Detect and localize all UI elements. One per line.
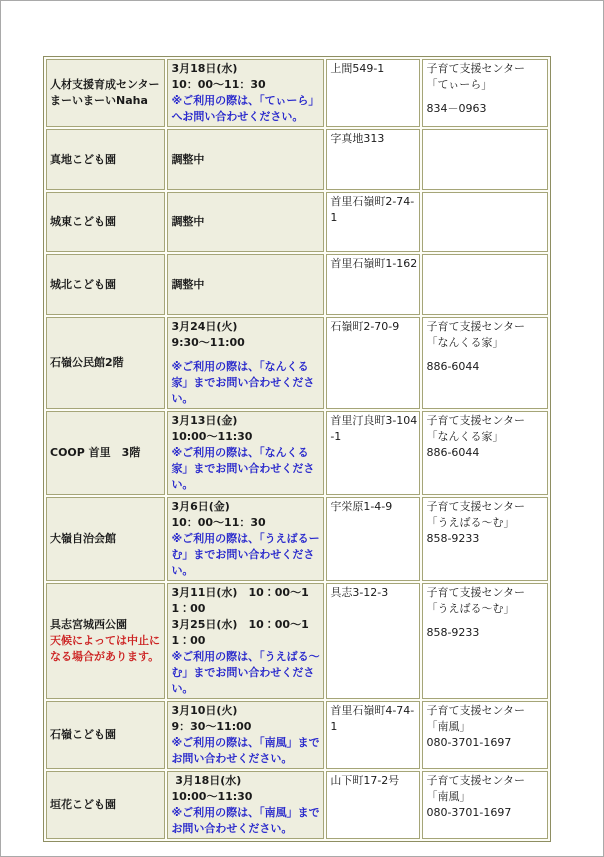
venue-name: 大嶺自治会館 [50, 531, 162, 547]
venue-cell: 垣花こども園 [46, 771, 165, 839]
address-cell: 具志3-12-3 [326, 583, 420, 699]
schedule-datetime: 9:30～11:00 [171, 335, 321, 351]
table-row-9: 石嶺こども園 3月10日(火)9：30～11:00※ご利用の際は、「南風」までお… [46, 701, 548, 769]
venue-name: 石嶺公民館2階 [50, 355, 162, 371]
table-row-8: 具志宮城西公園天候によっては中止になる場合があります。 3月11日(水) 10：… [46, 583, 548, 699]
schedule-cell: 3月24日(火)9:30～11:00※ご利用の際は、「なんくる家」までお問い合わ… [167, 317, 324, 409]
blank-line [426, 351, 545, 359]
venue-name: 城東こども園 [50, 214, 162, 230]
contact-cell [422, 129, 548, 190]
schedule-datetime: 3月25日(水) 10：00～11：00 [171, 617, 321, 649]
venue-cell: 具志宮城西公園天候によっては中止になる場合があります。 [46, 583, 165, 699]
venue-name: まーいまーいNaha [50, 93, 162, 109]
address-cell: 宇栄原1-4-9 [326, 497, 420, 581]
contact-cell: 子育て支援センター「なんくる家」886-6044 [422, 317, 548, 409]
contact-line: 「うえばる～む」 [426, 601, 545, 617]
contact-cell: 子育て支援センター「うえばる～む」858-9233 [422, 497, 548, 581]
schedule-datetime: 調整中 [171, 277, 321, 293]
contact-line: 080-3701-1697 [426, 805, 545, 821]
table-row-4: 城北こども園 調整中 首里石嶺町1-162 [46, 254, 548, 315]
contact-line: 「うえばる～む」 [426, 515, 545, 531]
address-text: 首里石嶺町1-162 [330, 256, 417, 272]
schedule-datetime: 3月13日(金) [171, 413, 321, 429]
table-row-1: 人材支援育成センターまーいまーいNaha 3月18日(水)10：00～11：30… [46, 59, 548, 127]
schedule-cell: 3月11日(水) 10：00～11：003月25日(水) 10：00～11：00… [167, 583, 324, 699]
address-cell: 山下町17-2号 [326, 771, 420, 839]
schedule-datetime: 3月6日(金) [171, 499, 321, 515]
contact-line: 子育て支援センター [426, 499, 545, 515]
schedule-datetime: 10:00～11:30 [171, 429, 321, 445]
schedule-table: 人材支援育成センターまーいまーいNaha 3月18日(水)10：00～11：30… [43, 56, 551, 842]
contact-line: 子育て支援センター [426, 413, 545, 429]
address-cell: 上間549-1 [326, 59, 420, 127]
contact-line: 子育て支援センター「南風」 [426, 773, 545, 805]
venue-name: 城北こども園 [50, 277, 162, 293]
schedule-datetime: 調整中 [171, 214, 321, 230]
address-cell: 首里汀良町3-104-1 [326, 411, 420, 495]
schedule-table-body: 人材支援育成センターまーいまーいNaha 3月18日(水)10：00～11：30… [46, 59, 548, 839]
schedule-note: ※ご利用の際は、「てぃーら」へお問い合わせください。 [171, 93, 321, 125]
contact-line: 858-9233 [426, 625, 545, 641]
address-cell: 字真地313 [326, 129, 420, 190]
schedule-cell: 調整中 [167, 129, 324, 190]
schedule-cell: 3月18日(水)10：00～11：30※ご利用の際は、「てぃーら」へお問い合わせ… [167, 59, 324, 127]
contact-cell [422, 192, 548, 252]
schedule-note: ※ご利用の際は、「南風」までお問い合わせください。 [171, 805, 321, 837]
contact-line: 子育て支援センター [426, 585, 545, 601]
venue-cell: 真地こども園 [46, 129, 165, 190]
schedule-datetime: 3月24日(火) [171, 319, 321, 335]
venue-warning: 天候によっては中止になる場合があります。 [50, 633, 162, 665]
contact-cell: 子育て支援センター「てぃーら」834－0963 [422, 59, 548, 127]
schedule-cell: 3月10日(火)9：30～11:00※ご利用の際は、「南風」までお問い合わせくだ… [167, 701, 324, 769]
venue-cell: 城東こども園 [46, 192, 165, 252]
address-text: 上間549-1 [330, 61, 417, 77]
venue-name: 真地こども園 [50, 152, 162, 168]
schedule-datetime: 3月18日(水) [171, 773, 321, 789]
venue-cell: 人材支援育成センターまーいまーいNaha [46, 59, 165, 127]
address-cell: 首里石嶺町1-162 [326, 254, 420, 315]
address-text: 首里汀良町3-104-1 [330, 413, 417, 445]
address-text: 首里石嶺町2-74-1 [330, 194, 417, 226]
blank-line [426, 93, 545, 101]
blank-line [426, 617, 545, 625]
schedule-cell: 調整中 [167, 192, 324, 252]
contact-line: 858-9233 [426, 531, 545, 547]
venue-cell: 大嶺自治会館 [46, 497, 165, 581]
contact-cell: 子育て支援センター「うえばる～む」858-9233 [422, 583, 548, 699]
contact-line: 834－0963 [426, 101, 545, 117]
address-text: 具志3-12-3 [330, 585, 417, 601]
contact-line: 「なんくる家」 [426, 429, 545, 445]
table-row-5: 石嶺公民館2階 3月24日(火)9:30～11:00※ご利用の際は、「なんくる家… [46, 317, 548, 409]
venue-cell: 石嶺公民館2階 [46, 317, 165, 409]
venue-name: 人材支援育成センター [50, 77, 162, 93]
contact-cell: 子育て支援センター「南風」080-3701-1697 [422, 701, 548, 769]
address-text: 宇栄原1-4-9 [330, 499, 417, 515]
contact-line: 子育て支援センター「南風」 [426, 703, 545, 735]
address-text: 山下町17-2号 [330, 773, 417, 789]
schedule-note: ※ご利用の際は、「南風」までお問い合わせください。 [171, 735, 321, 767]
schedule-note: ※ご利用の際は、「うえばる～む」までお問い合わせください。 [171, 649, 321, 697]
address-cell: 石嶺町2-70-9 [326, 317, 420, 409]
schedule-datetime: 3月18日(水) [171, 61, 321, 77]
table-row-3: 城東こども園 調整中 首里石嶺町2-74-1 [46, 192, 548, 252]
schedule-cell: 3月18日(水)10:00～11:30※ご利用の際は、「南風」までお問い合わせく… [167, 771, 324, 839]
venue-name: COOP 首里 3階 [50, 445, 162, 461]
document-page: 人材支援育成センターまーいまーいNaha 3月18日(水)10：00～11：30… [0, 0, 604, 857]
venue-name: 具志宮城西公園 [50, 617, 162, 633]
contact-line: 「なんくる家」 [426, 335, 545, 351]
schedule-cell: 調整中 [167, 254, 324, 315]
venue-cell: 城北こども園 [46, 254, 165, 315]
schedule-note: ※ご利用の際は、「うえばるーむ」までお問い合わせください。 [171, 531, 321, 579]
contact-line: 886-6044 [426, 445, 545, 461]
contact-line: 886-6044 [426, 359, 545, 375]
contact-cell: 子育て支援センター「南風」080-3701-1697 [422, 771, 548, 839]
schedule-datetime: 10:00～11:30 [171, 789, 321, 805]
contact-line: 子育て支援センター [426, 319, 545, 335]
schedule-datetime: 3月10日(火) [171, 703, 321, 719]
table-row-6: COOP 首里 3階 3月13日(金)10:00～11:30※ご利用の際は、「な… [46, 411, 548, 495]
venue-cell: COOP 首里 3階 [46, 411, 165, 495]
schedule-datetime: 調整中 [171, 152, 321, 168]
schedule-datetime: 3月11日(水) 10：00～11：00 [171, 585, 321, 617]
address-cell: 首里石嶺町2-74-1 [326, 192, 420, 252]
venue-name: 石嶺こども園 [50, 727, 162, 743]
schedule-datetime: 10：00～11：30 [171, 515, 321, 531]
contact-line: 子育て支援センター [426, 61, 545, 77]
address-text: 字真地313 [330, 131, 417, 147]
venue-name: 垣花こども園 [50, 797, 162, 813]
contact-cell [422, 254, 548, 315]
blank-line [171, 351, 321, 359]
schedule-datetime: 9：30～11:00 [171, 719, 321, 735]
address-cell: 首里石嶺町4-74-1 [326, 701, 420, 769]
schedule-cell: 3月13日(金)10:00～11:30※ご利用の際は、「なんくる家」までお問い合… [167, 411, 324, 495]
address-text: 石嶺町2-70-9 [330, 319, 417, 335]
contact-line: 080-3701-1697 [426, 735, 545, 751]
address-text: 首里石嶺町4-74-1 [330, 703, 417, 735]
schedule-datetime: 10：00～11：30 [171, 77, 321, 93]
table-row-2: 真地こども園 調整中 字真地313 [46, 129, 548, 190]
schedule-note: ※ご利用の際は、「なんくる家」までお問い合わせください。 [171, 359, 321, 407]
schedule-cell: 3月6日(金)10：00～11：30※ご利用の際は、「うえばるーむ」までお問い合… [167, 497, 324, 581]
schedule-note: ※ご利用の際は、「なんくる家」までお問い合わせください。 [171, 445, 321, 493]
table-row-10: 垣花こども園 3月18日(水)10:00～11:30※ご利用の際は、「南風」まで… [46, 771, 548, 839]
venue-cell: 石嶺こども園 [46, 701, 165, 769]
contact-cell: 子育て支援センター「なんくる家」886-6044 [422, 411, 548, 495]
contact-line: 「てぃーら」 [426, 77, 545, 93]
table-row-7: 大嶺自治会館 3月6日(金)10：00～11：30※ご利用の際は、「うえばるーむ… [46, 497, 548, 581]
